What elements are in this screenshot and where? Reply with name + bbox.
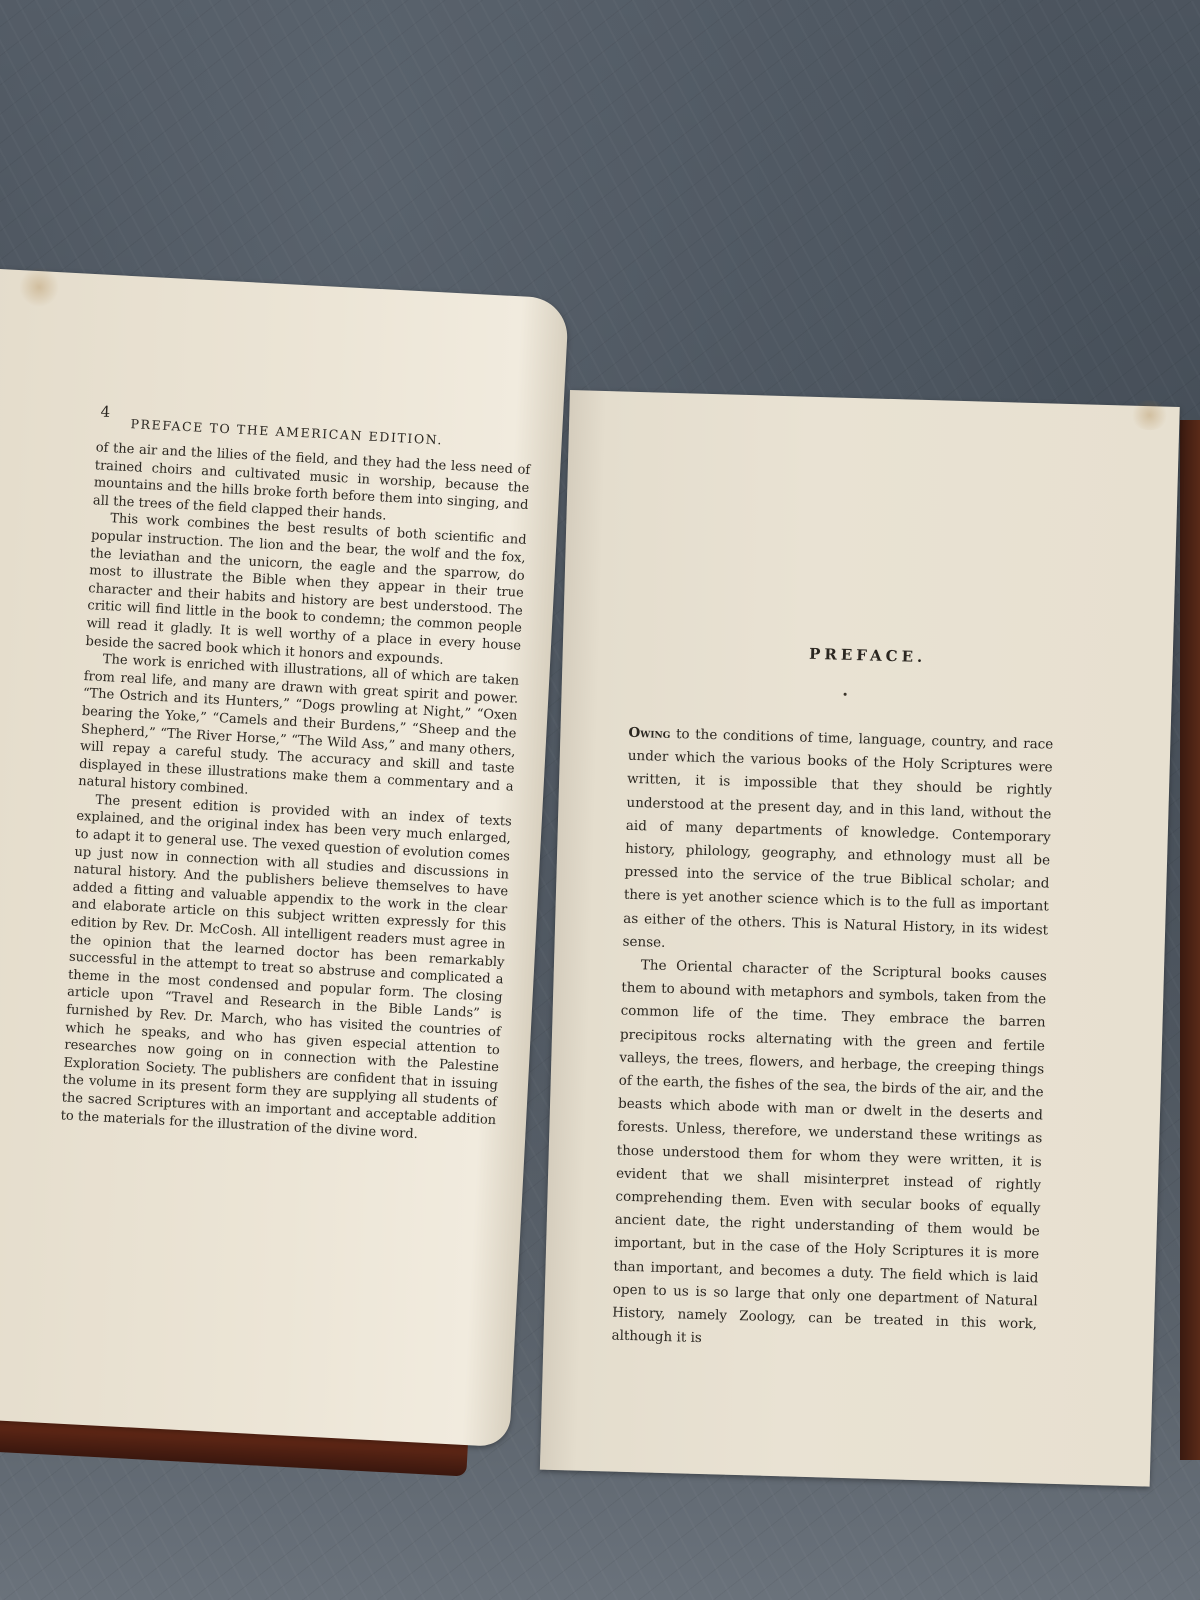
left-page: 4 PREFACE TO THE AMERICAN EDITION. of th… [0,268,569,1447]
paragraph: This work combines the best results of b… [85,510,527,673]
ornament-dot [844,693,847,696]
book-cover-edge-right [1180,420,1200,1460]
preface-title: PREFACE. [563,638,1173,673]
right-page-body: Owing to the conditions of time, languag… [611,722,1053,1360]
drop-word: Owing [628,725,670,742]
right-page: PREFACE. Owing to the conditions of time… [540,390,1180,1487]
paragraph: The Oriental character of the Scriptural… [611,954,1047,1360]
paragraph: Owing to the conditions of time, languag… [622,722,1053,966]
running-head: PREFACE TO THE AMERICAN EDITION. [0,408,562,454]
paper-stain [18,266,60,308]
paper-stain [1129,400,1170,431]
paragraph: The present edition is provided with an … [60,791,512,1148]
paragraph: The work is enriched with illustrations,… [78,650,520,813]
left-page-body: of the air and the lilies of the field, … [60,439,530,1147]
